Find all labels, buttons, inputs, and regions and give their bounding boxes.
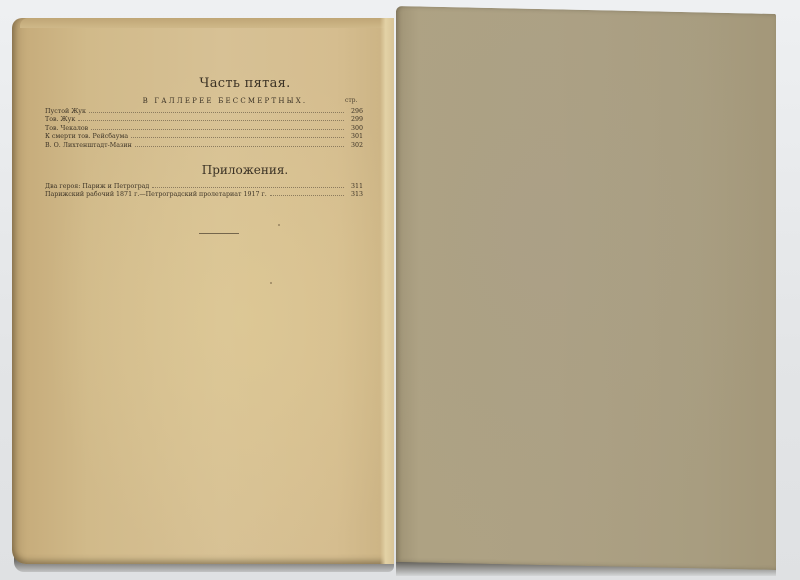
toc-entry-title: Тов. Жук	[45, 116, 75, 123]
paper-speck	[278, 224, 280, 226]
section-title: В галлерее бессмертных.	[115, 97, 335, 105]
toc-entry: Тов. Чекалов 300	[45, 123, 363, 132]
toc-entry-title: Парижский рабочий 1871 г.—Петроградский …	[45, 191, 267, 198]
page-column-label: стр.	[345, 97, 357, 104]
dot-leader	[270, 195, 344, 196]
toc-entry-title: Тов. Чекалов	[45, 125, 88, 132]
toc-entry-page: 300	[347, 125, 363, 132]
paper-speck	[270, 282, 272, 284]
toc-entry-title: Два героя: Париж и Петроград	[45, 183, 149, 190]
toc-entry-title: В. О. Лихтенштадт-Мазин	[45, 142, 132, 149]
toc-list-part-five: Пустой Жук 296 Тов. Жук 299 Тов. Чекалов…	[45, 106, 363, 149]
toc-entry: Два героя: Париж и Петроград 311	[45, 181, 363, 190]
dot-leader	[131, 137, 344, 138]
part-title: Часть пятая.	[120, 76, 370, 91]
toc-entry: Парижский рабочий 1871 г.—Петроградский …	[45, 190, 363, 199]
end-rule-divider	[199, 233, 239, 234]
toc-entry-page: 296	[347, 108, 363, 115]
toc-entry: К смерти тов. Рейсбаума 301	[45, 132, 363, 141]
toc-entry: Тов. Жук 299	[45, 115, 363, 124]
toc-entry: Пустой Жук 296	[45, 106, 363, 115]
toc-entry: В. О. Лихтенштадт-Мазин 302	[45, 140, 363, 149]
toc-content: Часть пятая. В галлерее бессмертных. стр…	[0, 0, 800, 580]
toc-list-appendix: Два героя: Париж и Петроград 311 Парижск…	[45, 181, 363, 198]
dot-leader	[135, 146, 344, 147]
dot-leader	[78, 120, 344, 121]
toc-entry-title: К смерти тов. Рейсбаума	[45, 133, 128, 140]
toc-entry-page: 311	[347, 183, 363, 190]
toc-entry-page: 302	[347, 142, 363, 149]
appendix-title: Приложения.	[120, 163, 370, 177]
toc-entry-page: 301	[347, 133, 363, 140]
dot-leader	[152, 187, 344, 188]
toc-entry-page: 299	[347, 116, 363, 123]
dot-leader	[91, 129, 344, 130]
toc-entry-title: Пустой Жук	[45, 108, 86, 115]
dot-leader	[89, 112, 344, 113]
toc-entry-page: 313	[347, 191, 363, 198]
